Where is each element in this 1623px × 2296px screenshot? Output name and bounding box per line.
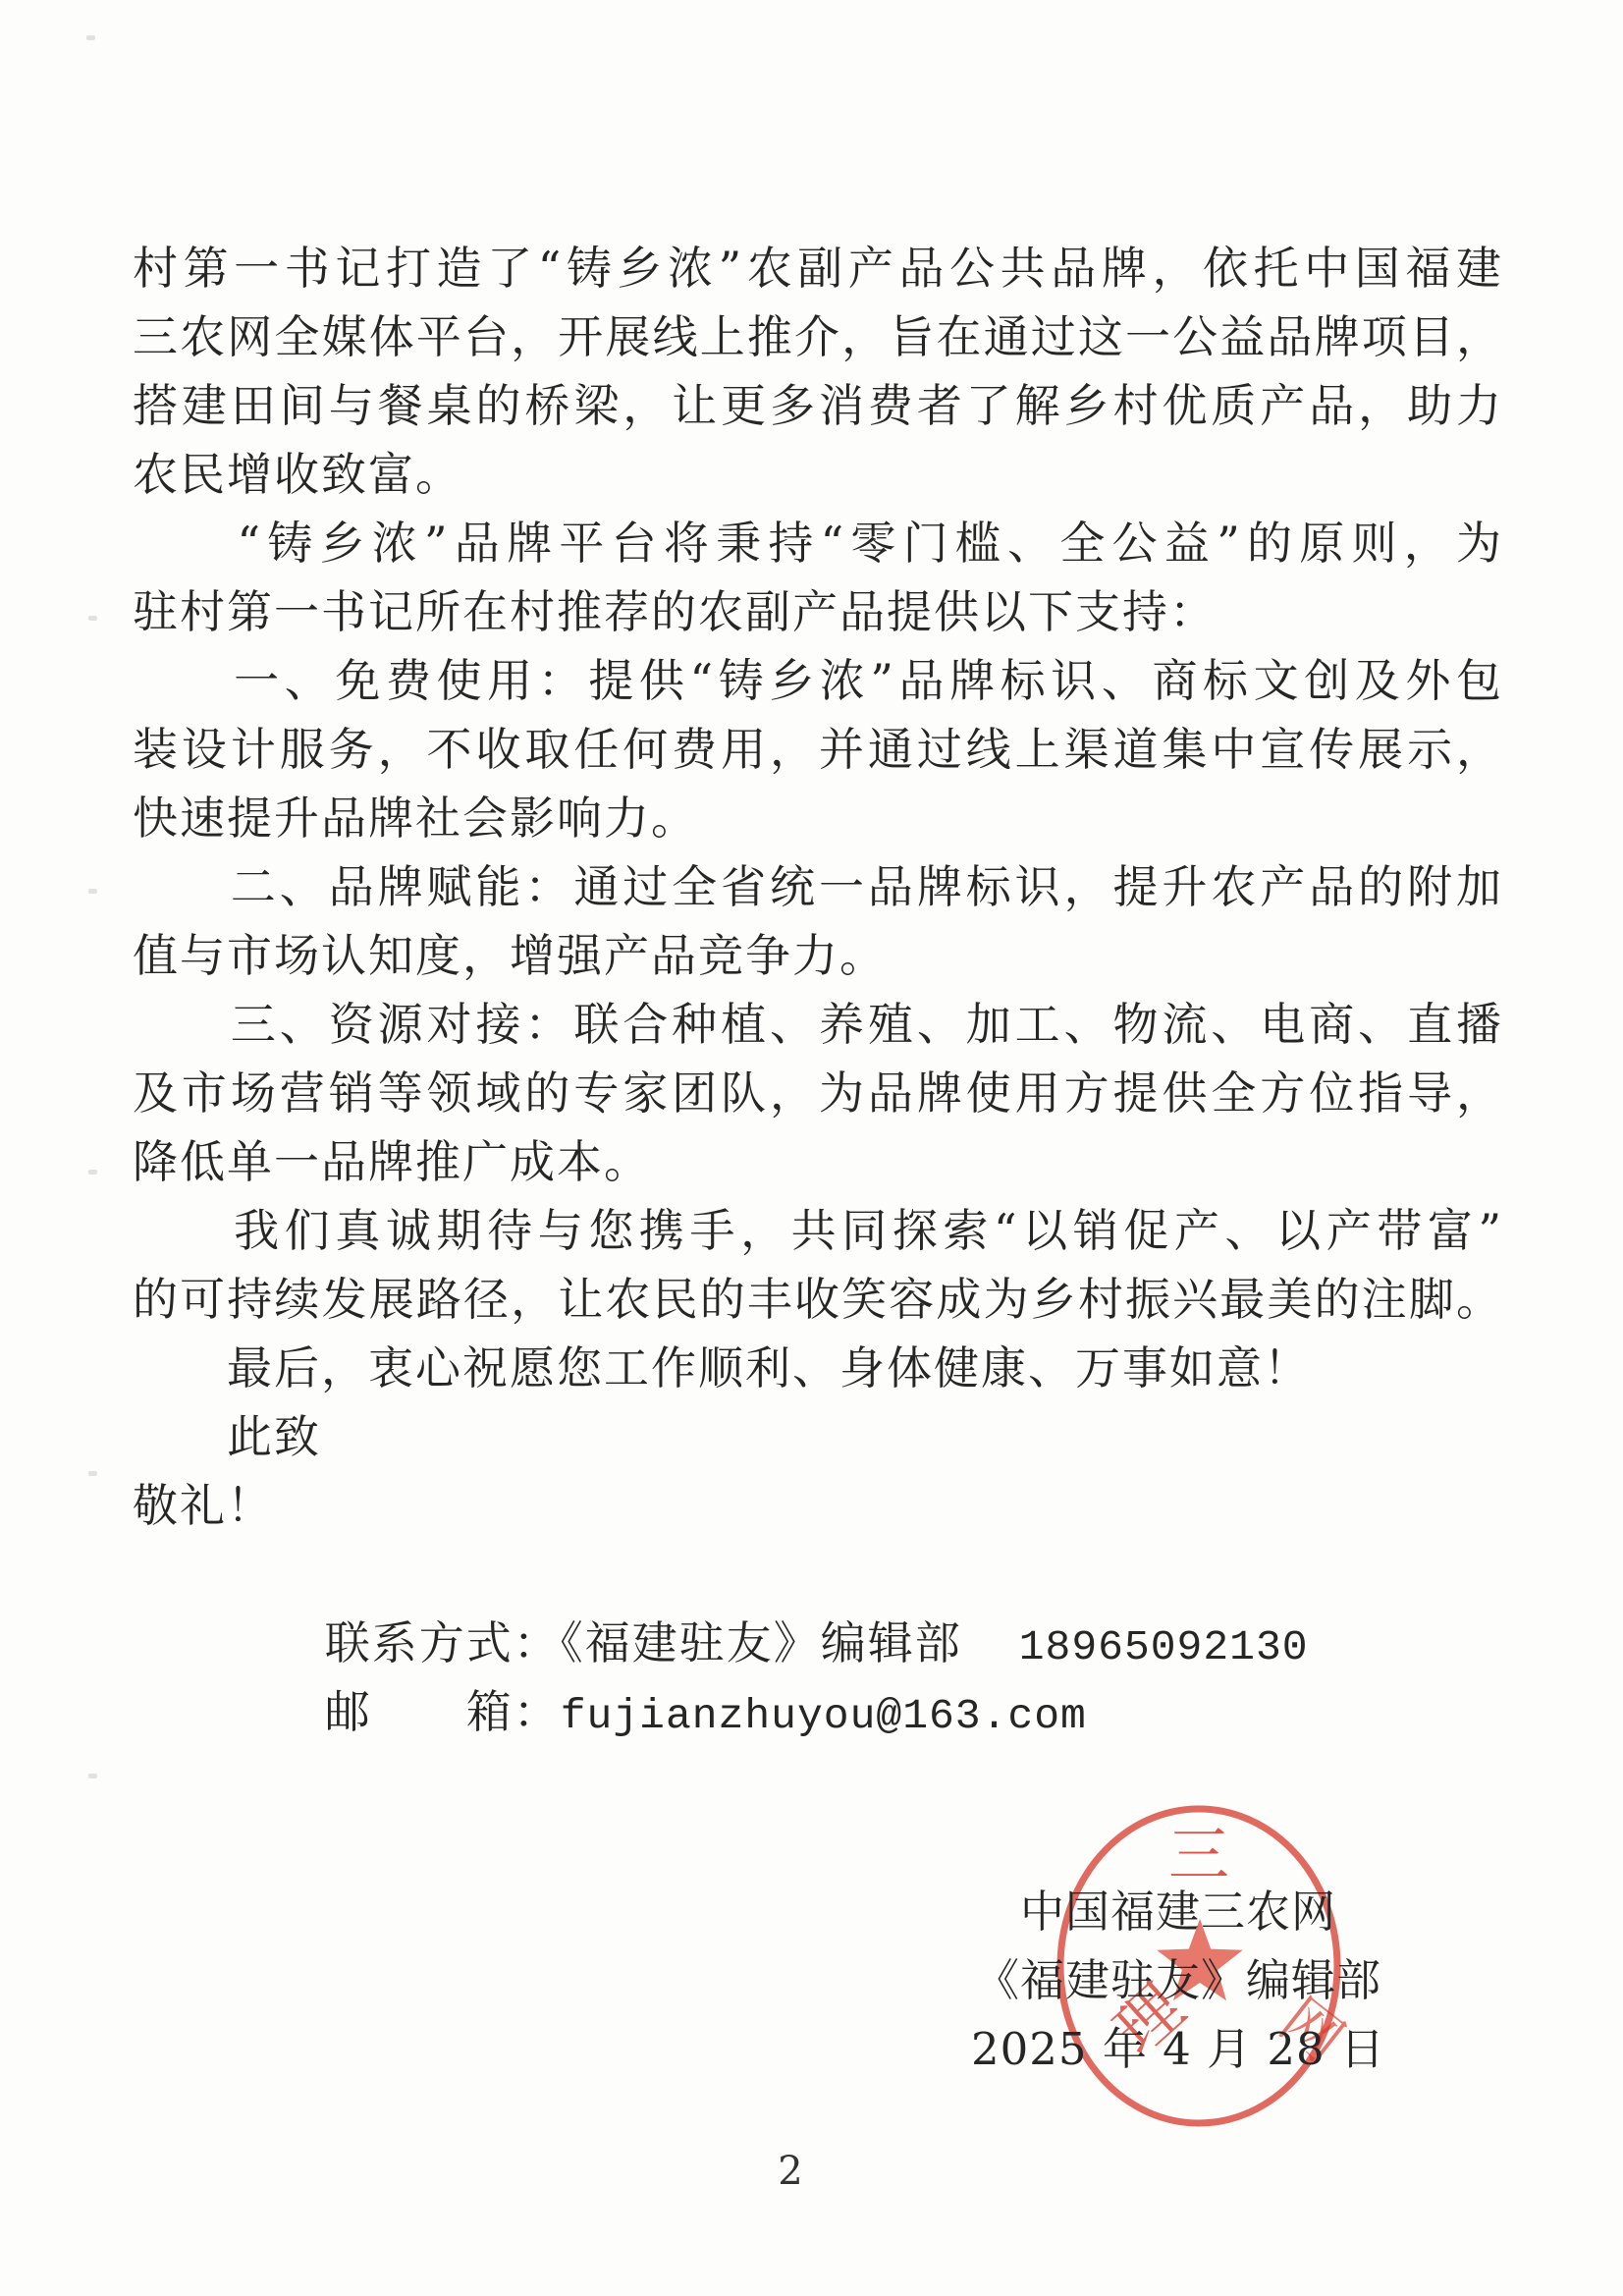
contact-label: 邮 箱： — [231, 1685, 561, 1738]
page-number: 2 — [756, 2149, 825, 2194]
signature-block: 中国福建三农网 《福建驻友》编辑部 2025 年 4 月 28 日 — [962, 1878, 1394, 2084]
scan-artifact — [88, 1170, 97, 1175]
letter-line: 三、资源对接：联合种植、养殖、加工、物流、电商、直播 — [133, 990, 1503, 1059]
signature-date: 2025 年 4 月 28 日 — [962, 2015, 1394, 2084]
letter-line: 驻村第一书记所在村推荐的农副产品提供以下支持： — [133, 577, 1503, 646]
letter-line: “铸乡浓”品牌平台将秉持“零门槛、全公益”的原则，为 — [133, 509, 1503, 577]
letter-line: 快速提升品牌社会影响力。 — [133, 784, 1503, 852]
email-address: fujianzhuyou@163.com — [561, 1692, 1087, 1740]
letter-line: 及市场营销等领域的专家团队，为品牌使用方提供全方位指导， — [133, 1059, 1503, 1127]
letter-line: 此致 — [133, 1402, 1503, 1471]
letter-line: 值与市场认知度，增强产品竞争力。 — [133, 921, 1503, 990]
contact-line-phone: 联系方式：《福建驻友》编辑部18965092130 — [133, 1540, 1503, 1609]
letter-line: 二、品牌赋能：通过全省统一品牌标识，提升农产品的附加 — [133, 852, 1503, 921]
phone-number: 18965092130 — [1019, 1623, 1309, 1671]
letter-line: 搭建田间与餐桌的桥梁，让更多消费者了解乡村优质产品，助力 — [133, 371, 1503, 440]
signature-dept: 《福建驻友》编辑部 — [962, 1946, 1394, 2015]
letter-line: 最后，衷心祝愿您工作顺利、身体健康、万事如意！ — [133, 1334, 1503, 1402]
letter-line: 农民增收致富。 — [133, 440, 1503, 509]
scan-artifact — [88, 1774, 97, 1778]
letter-line: 降低单一品牌推广成本。 — [133, 1127, 1503, 1196]
scan-artifact — [88, 616, 97, 621]
scan-artifact — [88, 1471, 97, 1476]
letter-line: 的可持续发展路径，让农民的丰收笑容成为乡村振兴最美的注脚。 — [133, 1265, 1503, 1334]
letter-line: 敬礼！ — [133, 1471, 1503, 1540]
letter-line: 装设计服务，不收取任何费用，并通过线上渠道集中宣传展示， — [133, 715, 1503, 784]
letter-line: 一、免费使用：提供“铸乡浓”品牌标识、商标文创及外包 — [133, 646, 1503, 715]
signature-org: 中国福建三农网 — [962, 1878, 1394, 1946]
letter-line: 我们真诚期待与您携手，共同探索“以销促产、以产带富” — [133, 1196, 1503, 1265]
letter-line: 村第一书记打造了“铸乡浓”农副产品公共品牌，依托中国福建 — [133, 234, 1503, 302]
contact-label: 联系方式：《福建驻友》编辑部 — [231, 1616, 962, 1669]
scanned-letter-page: 村第一书记打造了“铸乡浓”农副产品公共品牌，依托中国福建 三农网全媒体平台，开展… — [0, 0, 1623, 2296]
letter-body: 村第一书记打造了“铸乡浓”农副产品公共品牌，依托中国福建 三农网全媒体平台，开展… — [133, 234, 1503, 1677]
scan-artifact — [86, 35, 95, 40]
scan-artifact — [88, 889, 97, 894]
letter-line: 三农网全媒体平台，开展线上推介，旨在通过这一公益品牌项目， — [133, 302, 1503, 371]
